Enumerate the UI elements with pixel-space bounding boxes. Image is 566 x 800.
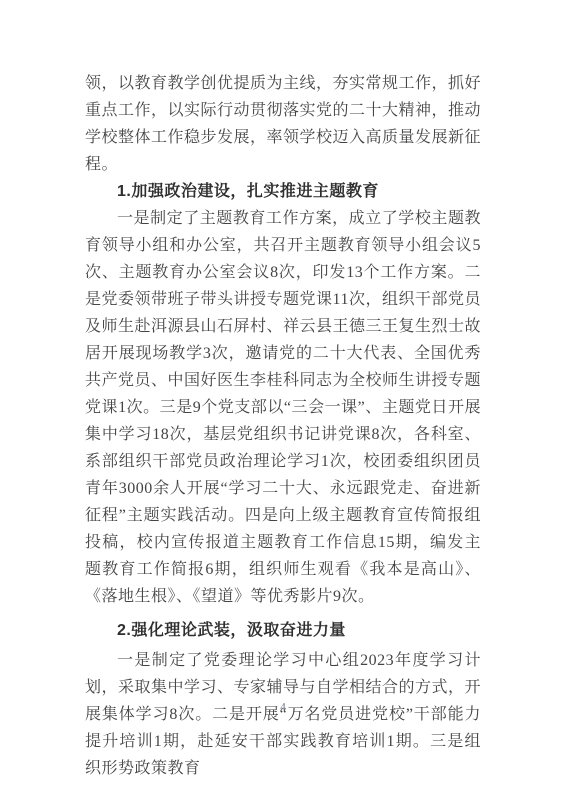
page-footer: 4: [0, 697, 566, 715]
document-body: 领，以教育教学创优提质为主线，夯实常规工作，抓好重点工作，以实际行动贯彻落实党的…: [85, 70, 481, 782]
page-number: 4: [280, 701, 286, 713]
section-heading-1: 1.加强政治建设，扎实推进主题教育: [85, 178, 481, 205]
document-page: 领，以教育教学创优提质为主线，夯实常规工作，抓好重点工作，以实际行动贯彻落实党的…: [0, 0, 566, 800]
paragraph-continuation: 领，以教育教学创优提质为主线，夯实常规工作，抓好重点工作，以实际行动贯彻落实党的…: [85, 70, 481, 178]
section-heading-2: 2.强化理论武装，汲取奋进力量: [85, 617, 481, 644]
paragraph-section-1: 一是制定了主题教育工作方案，成立了学校主题教育领导小组和办公室，共召开主题教育领…: [85, 205, 481, 610]
